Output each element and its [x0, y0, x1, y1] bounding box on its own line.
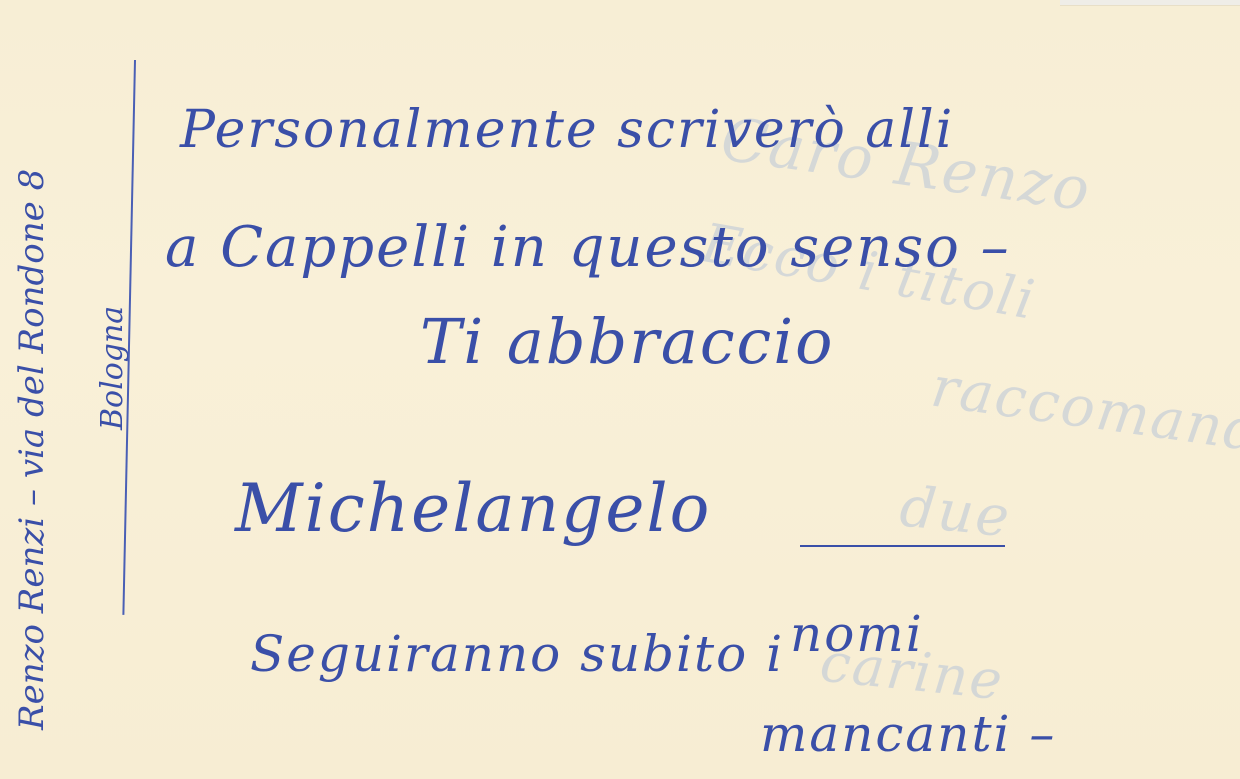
body-line-2: a Cappelli in questo senso –: [165, 215, 1011, 280]
postscript-line-2: nomi: [790, 605, 924, 663]
sender-city: Bologna: [95, 306, 130, 430]
closing-line: Ti abbraccio: [420, 305, 834, 378]
signature-underline: [800, 545, 1005, 547]
paper-top-edge: [1060, 0, 1240, 6]
show-through-text: due: [897, 474, 1014, 550]
postscript-line-3: mancanti –: [760, 705, 1056, 763]
body-line-1: Personalmente scriverò alli: [180, 100, 954, 160]
postscript-line-1: Seguiranno subito i: [250, 625, 784, 683]
sender-address: Renzo Renzi – via del Rondone 8: [12, 169, 52, 730]
signature: Michelangelo: [235, 470, 711, 547]
